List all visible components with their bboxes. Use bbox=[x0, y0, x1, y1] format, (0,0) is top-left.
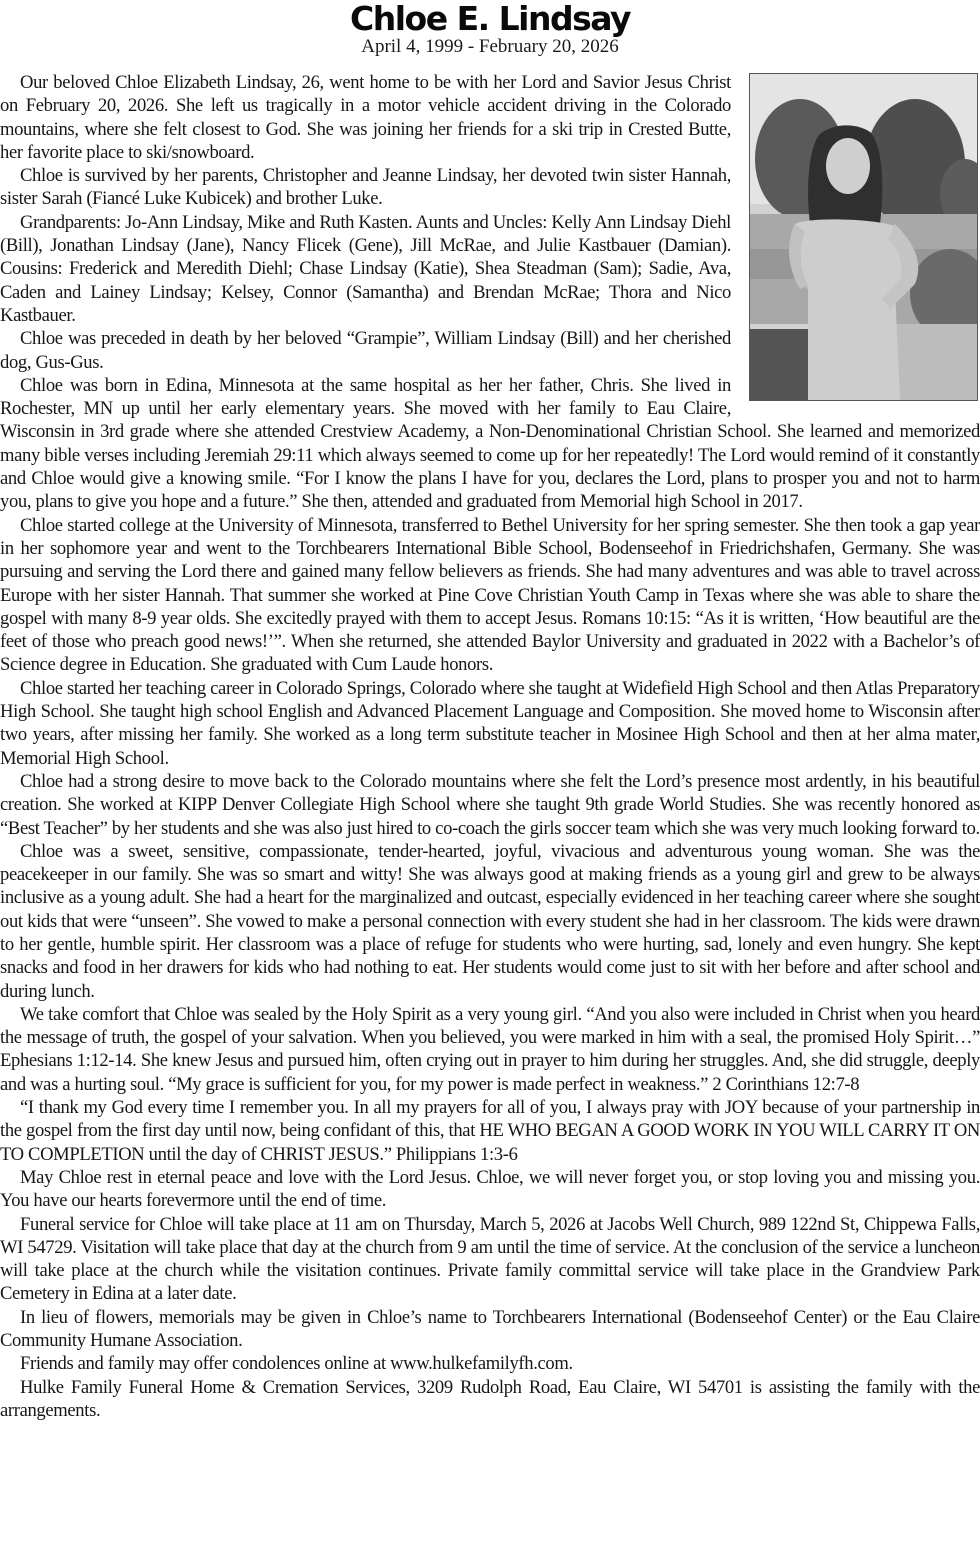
paragraph-funeral-home: Hulke Family Funeral Home & Cremation Se… bbox=[0, 1376, 980, 1423]
portrait-illustration bbox=[750, 74, 977, 400]
paragraph-service-details: Funeral service for Chloe will take plac… bbox=[0, 1213, 980, 1306]
paragraph-character: Chloe was a sweet, sensitive, compassion… bbox=[0, 840, 980, 1003]
paragraph-condolences: Friends and family may offer condolences… bbox=[0, 1352, 980, 1375]
paragraph-college: Chloe started college at the University … bbox=[0, 514, 980, 677]
portrait-photo-icon bbox=[749, 73, 978, 401]
obituary-body: Our beloved Chloe Elizabeth Lindsay, 26,… bbox=[0, 71, 980, 1422]
paragraph-scripture: “I thank my God every time I remember yo… bbox=[0, 1096, 980, 1166]
paragraph-farewell: May Chloe rest in eternal peace and love… bbox=[0, 1166, 980, 1213]
paragraph-memorials: In lieu of flowers, memorials may be giv… bbox=[0, 1306, 980, 1353]
deceased-name: Chloe E. Lindsay bbox=[0, 0, 980, 38]
paragraph-teaching-career: Chloe started her teaching career in Col… bbox=[0, 677, 980, 770]
paragraph-faith: We take comfort that Chloe was sealed by… bbox=[0, 1003, 980, 1096]
life-dates: April 4, 1999 - February 20, 2026 bbox=[0, 36, 980, 58]
paragraph-colorado: Chloe had a strong desire to move back t… bbox=[0, 770, 980, 840]
